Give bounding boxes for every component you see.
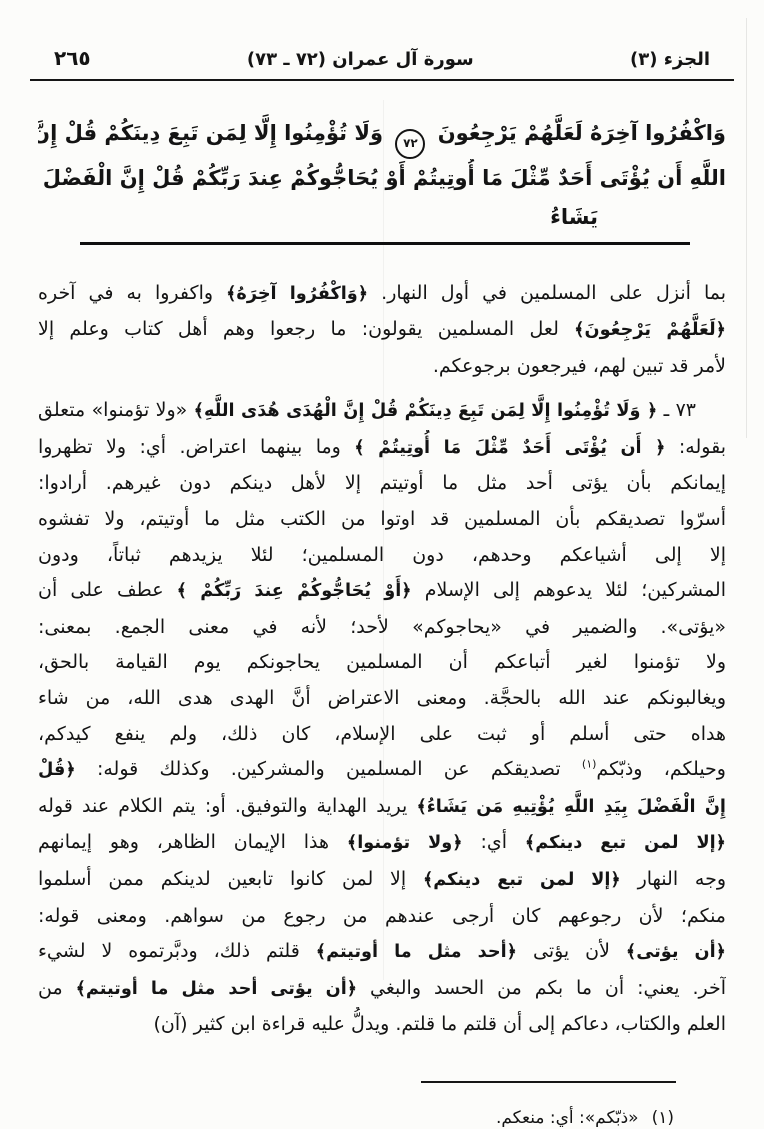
quran-quote: ﴿قُلْ: [38, 760, 76, 780]
scan-artifact-line: [746, 18, 747, 438]
footnote: (١) «ذبّكم»: أي: منعكم.: [38, 1108, 726, 1128]
quran-quote: ﴿أحد مثل ما أوتيتم﴾: [316, 942, 517, 962]
text-line: ٧٣ ـ ﴿ وَلَا تُؤْمِنُوا إِلَّا لِمَن تَب…: [38, 393, 726, 430]
text-line: وحيلكم، وذبّكم(١) تصديقكم عن المسلمين وا…: [38, 752, 726, 789]
quran-quote: ﴿إلا لمن تبع دينكم﴾: [525, 833, 726, 853]
text-line: أسرّوا تصديقكم بأن المسلمين قد اوتوا من …: [38, 502, 726, 538]
text-line: منكم؛ لأن رجوعهم كان أرجى عندهم من رجوع …: [38, 899, 726, 935]
quran-quote: ﴿ وَلَا تُؤْمِنُوا إِلَّا لِمَن تَبِعَ د…: [194, 401, 658, 421]
text-line: بقوله: ﴿ أَن يُؤْتَى أَحَدٌ مِّثْلَ مَا …: [38, 430, 726, 467]
book-page: الجزء (٣) سورة آل عمران (٧٢ ـ ٧٣) ٢٦٥ وَ…: [0, 0, 764, 1129]
text-line: هداه حتى أسلم أو ثبت على الإسلام، كان ذل…: [38, 717, 726, 753]
text-line: العلم والكتاب، دعاكم إلى أن قلتم ما قلتم…: [38, 1007, 726, 1043]
text-line: لأمر قد تبين لهم، فيرجعون برجوعكم.: [38, 349, 726, 385]
page-number: ٢٦٥: [54, 46, 91, 70]
text-line: إلا إلى أشياعكم وحدهم، دون المسلمين؛ لئل…: [38, 538, 726, 574]
quran-quote: ﴿لَعَلَّهُمْ يَرْجِعُونَ﴾: [574, 320, 726, 340]
footnote-divider: [421, 1081, 676, 1083]
text-line: «يؤتى». والضمير في «يحاجوكم» لأحد؛ لأنه …: [38, 610, 726, 646]
text-line: ﴿إلا لمن تبع دينكم﴾ أي: ﴿ولا تؤمنوا﴾ هذا…: [38, 825, 726, 862]
commentary-paragraph: ٧٣ ـ ﴿ وَلَا تُؤْمِنُوا إِلَّا لِمَن تَب…: [38, 393, 726, 1043]
text-line: آخر. يعني: أن ما بكم من الحسد والبغي ﴿أن…: [38, 971, 726, 1008]
scan-fold-line: [383, 100, 384, 980]
quran-quote: ﴿وَاكْفُرُوا آخِرَهُ﴾: [226, 284, 368, 304]
quran-quote: ﴿أن يؤتى﴾: [626, 942, 726, 962]
text-line: وَاكْفُرُوا آخِرَهُ لَعَلَّهُمْ يَرْجِعُ…: [38, 114, 726, 159]
header-rule: [30, 79, 734, 81]
text-line: ولا تؤمنوا لغير أتباعكم أن المسلمين يحاج…: [38, 645, 726, 681]
text-line: يَشَاءُ: [38, 198, 726, 237]
text-line: ﴿لَعَلَّهُمْ يَرْجِعُونَ﴾ لعل المسلمين ي…: [38, 312, 726, 349]
surah-title: سورة آل عمران (٧٢ ـ ٧٣): [247, 49, 474, 70]
juz-label: الجزء (٣): [630, 49, 710, 70]
text-line: إِنَّ الْفَضْلَ بِيَدِ اللَّهِ يُؤْتِيهِ…: [38, 789, 726, 826]
text-line: اللَّهِ أَن يُؤْتَى أَحَدٌ مِّثْلَ مَا أ…: [38, 159, 726, 198]
commentary-paragraph: بما أنزل على المسلمين في أول النهار. ﴿وَ…: [38, 276, 726, 385]
page-header: الجزء (٣) سورة آل عمران (٧٢ ـ ٧٣) ٢٦٥: [38, 46, 726, 70]
text-line: بما أنزل على المسلمين في أول النهار. ﴿وَ…: [38, 276, 726, 313]
text-line: وجه النهار ﴿إلا لمن تبع دينكم﴾ إلا لمن ك…: [38, 862, 726, 899]
quran-verse-block: وَاكْفُرُوا آخِرَهُ لَعَلَّهُمْ يَرْجِعُ…: [38, 114, 726, 237]
quran-quote: ﴿أن يؤتى أحد مثل ما أوتيتم﴾: [76, 979, 358, 999]
footnote-text: «ذبّكم»: أي: منعكم.: [496, 1108, 639, 1128]
quran-quote: إِنَّ الْفَضْلَ بِيَدِ اللَّهِ يُؤْتِيهِ…: [416, 797, 726, 817]
footnote-ref: (١): [582, 758, 597, 771]
text-line: ﴿أن يؤتى﴾ لأن يؤتى ﴿أحد مثل ما أوتيتم﴾ ق…: [38, 934, 726, 971]
text-line: إيمانكم بأن يؤتى أحد مثل ما أوتيتم إلا ل…: [38, 466, 726, 502]
quran-quote: ﴿أَوْ يُحَاجُّوكُمْ عِندَ رَبِّكُمْ ﴾: [177, 581, 412, 601]
quran-quote: ﴿ أَن يُؤْتَى أَحَدٌ مِّثْلَ مَا أُوتِيت…: [354, 438, 665, 458]
footnote-marker: (١): [652, 1108, 674, 1128]
commentary-body: بما أنزل على المسلمين في أول النهار. ﴿وَ…: [38, 276, 726, 1043]
quran-quote: ﴿ولا تؤمنوا﴾: [347, 833, 463, 853]
quran-quote: ﴿إلا لمن تبع دينكم﴾: [423, 870, 621, 890]
section-divider: [80, 242, 690, 245]
text-line: ويغالبونكم عند الله بالحجَّة. ومعنى الاع…: [38, 681, 726, 717]
verse-number-badge: ٧٢: [395, 129, 425, 159]
text-line: المشركين؛ لئلا يدعوهم إلى الإسلام ﴿أَوْ …: [38, 573, 726, 610]
